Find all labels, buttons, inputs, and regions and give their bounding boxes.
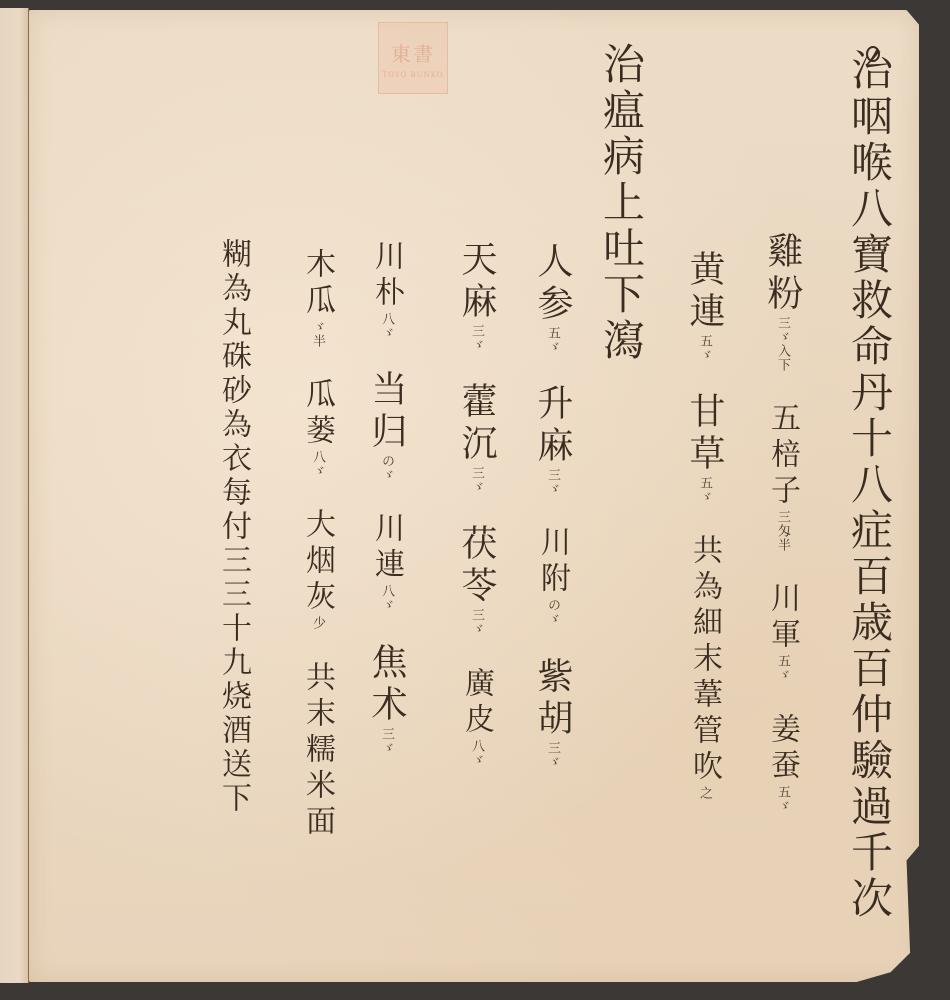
dosage-note: 三ゞ — [470, 608, 483, 636]
ingredient-name: 天麻 — [456, 240, 497, 324]
library-seal-stamp: 東書 TOYO BUNKO — [378, 22, 448, 94]
manuscript-scan: 東書 TOYO BUNKO 治咽喉八寶救命丹十八症百歳百仲驗過千次 雞粉三ゞ入下… — [0, 0, 950, 1000]
dosage-note: 八ゞ — [311, 450, 324, 478]
dosage-note: 少 — [311, 616, 324, 630]
ingredient-name: 雞粉 — [762, 232, 803, 316]
dosage-note: 之 — [698, 786, 711, 800]
ingredient-name: 川軍 — [765, 582, 800, 654]
ingredient-name: 姜蚕 — [765, 713, 800, 785]
dosage-note: 五ゞ — [698, 334, 711, 362]
column-8-ingredients: 木瓜ゞ半 瓜蒌八ゞ 大烟灰少 共末糯米面 — [302, 248, 332, 841]
dosage-note: 八ゞ — [380, 584, 393, 612]
ingredient-name: 木瓜 — [300, 248, 335, 320]
column-3-ingredients: 黄連五ゞ 甘草五ゞ 共為細末葦管吹之 — [686, 250, 722, 800]
preparation-instruction: 共末糯米面 — [300, 661, 335, 841]
dosage-note: のゞ — [380, 454, 393, 482]
ingredient-name: 甘草 — [684, 392, 725, 476]
dosage-note: 三ゞ — [546, 741, 559, 769]
ingredient-name: 藿沉 — [456, 382, 497, 466]
ingredient-name: 五棓子 — [765, 402, 800, 510]
dosage-note: 三ゞ — [380, 727, 393, 755]
dosage-note: 三ゞ — [470, 324, 483, 352]
ingredient-name: 茯苓 — [456, 524, 497, 608]
dosage-note: 五ゞ — [776, 785, 789, 813]
dosage-note: 三ゞ — [546, 468, 559, 496]
column-6-ingredients: 天麻三ゞ 藿沉三ゞ 茯苓三ゞ 廣皮八ゞ — [458, 240, 494, 767]
column-9-instructions: 糊為丸硃砂為衣每付三三十九烧酒送下 — [218, 238, 248, 816]
dosage-note: 三匁半 — [776, 510, 789, 552]
dosage-note: 八ゞ — [470, 739, 483, 767]
column-7-ingredients: 川朴八ゞ 当归のゞ 川連八ゞ 焦术三ゞ — [368, 240, 404, 755]
previous-page-edge — [0, 8, 29, 983]
ingredient-name: 川連 — [369, 512, 404, 584]
ingredient-name: 川附 — [535, 526, 570, 598]
ingredient-name: 当归 — [366, 370, 407, 454]
prescription-title-epidemic: 治瘟病上吐下瀉 — [597, 42, 646, 364]
ingredient-name: 廣皮 — [459, 667, 494, 739]
column-2-ingredients: 雞粉三ゞ入下 五棓子三匁半 川軍五ゞ 姜蚕五ゞ — [764, 232, 800, 813]
dosage-note: ゞ半 — [311, 320, 324, 348]
column-5-ingredients: 人参五ゞ 升麻三ゞ 川附のゞ 紫胡三ゞ — [534, 242, 570, 769]
dosage-note: 五ゞ — [546, 326, 559, 354]
preparation-instruction: 糊為丸硃砂為衣每付三三十九烧酒送下 — [216, 238, 251, 816]
prescription-title-throat: 治咽喉八寶救命丹十八症百歳百仲驗過千次 — [845, 48, 894, 922]
ingredient-name: 人参 — [532, 242, 573, 326]
column-4-title: 治瘟病上吐下瀉 — [600, 42, 642, 364]
ingredient-name: 焦术 — [366, 643, 407, 727]
ingredient-name: 瓜蒌 — [300, 378, 335, 450]
dosage-note: のゞ — [546, 598, 559, 626]
ingredient-name: 升麻 — [532, 384, 573, 468]
column-1-title: 治咽喉八寶救命丹十八症百歳百仲驗過千次 — [848, 48, 890, 922]
dosage-note: 八ゞ — [380, 312, 393, 340]
seal-main-text: 東書 — [391, 38, 435, 67]
dosage-note: 三ゞ — [470, 466, 483, 494]
ingredient-name: 紫胡 — [532, 657, 573, 741]
preparation-instruction: 共為細末葦管吹 — [687, 534, 722, 786]
dosage-note: 五ゞ — [698, 476, 711, 504]
seal-sub-text: TOYO BUNKO — [383, 71, 444, 79]
dosage-note: 三ゞ入下 — [776, 316, 789, 372]
dosage-note: 五ゞ — [776, 654, 789, 682]
ingredient-name: 黄連 — [684, 250, 725, 334]
ingredient-name: 川朴 — [369, 240, 404, 312]
ingredient-name: 大烟灰 — [300, 508, 335, 616]
